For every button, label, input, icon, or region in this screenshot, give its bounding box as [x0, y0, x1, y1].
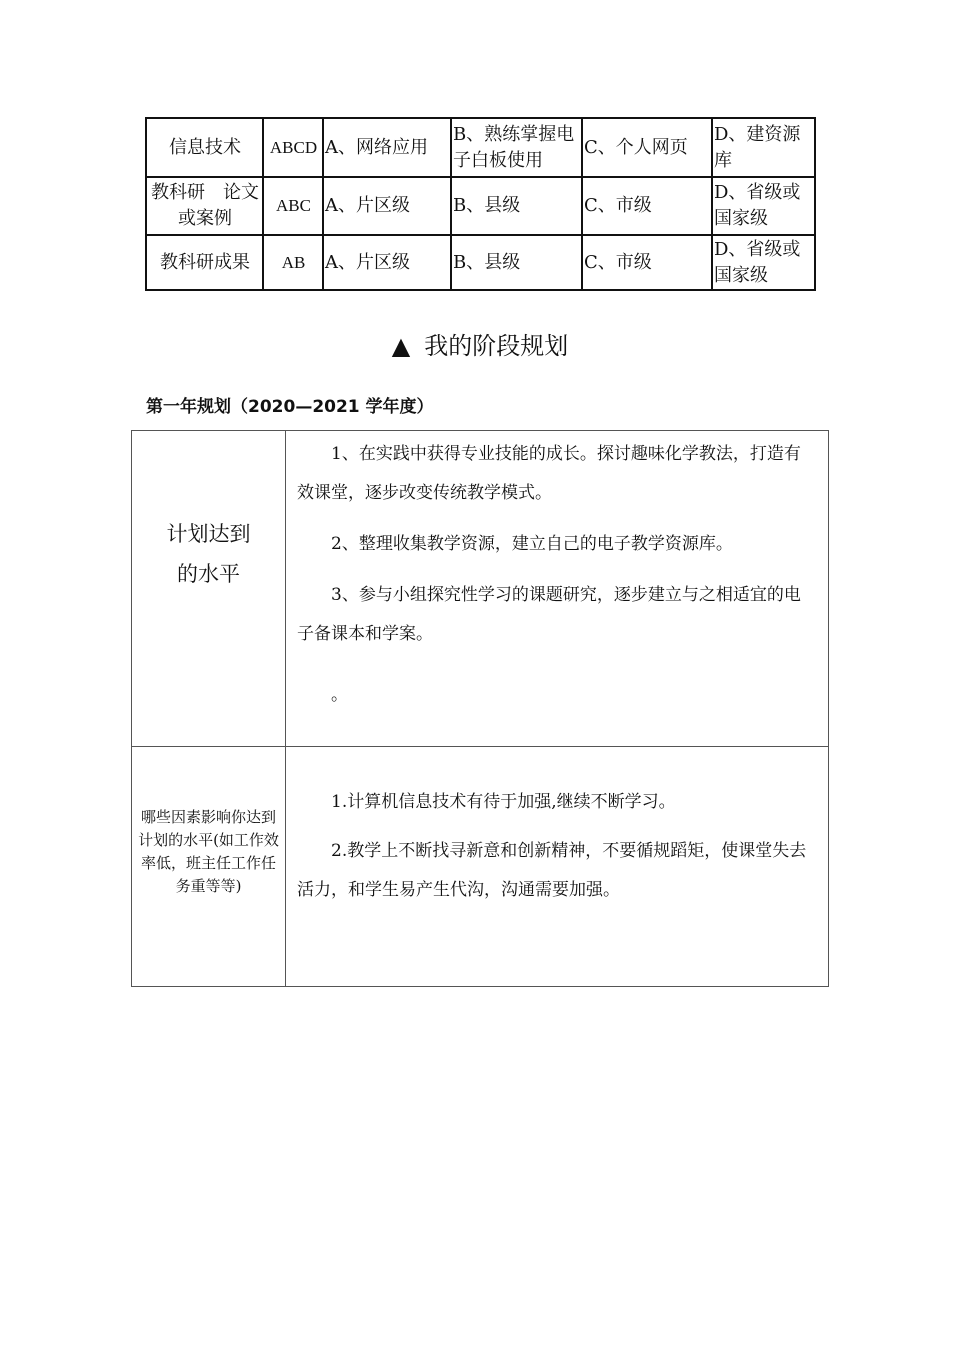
section-heading: ▲我的阶段规划: [0, 326, 960, 361]
plan-level-label-cell: 计划达到 的水平: [132, 431, 286, 747]
level-cell: ABCD: [263, 118, 323, 177]
table-row: 教科研成果 AB A、片区级 B、县级 C、市级 D、省级或国家级: [146, 235, 815, 290]
plan-item: 1、在实践中获得专业技能的成长。探讨趣味化学教法，打造有效课堂，逐步改变传统教学…: [287, 435, 827, 513]
year-plan-table: 计划达到 的水平 1、在实践中获得专业技能的成长。探讨趣味化学教法，打造有效课堂…: [131, 430, 829, 987]
plan-item: 2、整理收集教学资源，建立自己的电子教学资源库。: [287, 525, 827, 564]
factors-content-cell: 1.计算机信息技术有待于加强,继续不断学习。 2.教学上不断找寻新意和创新精神，…: [286, 747, 829, 987]
option-c-cell: C、市级: [582, 235, 712, 290]
level-cell: AB: [263, 235, 323, 290]
table-row: 教科研 论文或案例 ABC A、片区级 B、县级 C、市级 D、省级或国家级: [146, 177, 815, 235]
option-d-cell: D、建资源库: [712, 118, 815, 177]
option-d-cell: D、省级或国家级: [712, 177, 815, 235]
level-cell: ABC: [263, 177, 323, 235]
table-row: 信息技术 ABCD A、网络应用 B、熟练掌握电子白板使用 C、个人网页 D、建…: [146, 118, 815, 177]
professional-options-table: 信息技术 ABCD A、网络应用 B、熟练掌握电子白板使用 C、个人网页 D、建…: [145, 117, 816, 291]
category-cell: 信息技术: [146, 118, 263, 177]
category-cell: 教科研 论文或案例: [146, 177, 263, 235]
option-b-cell: B、县级: [451, 235, 582, 290]
plan-level-content-cell: 1、在实践中获得专业技能的成长。探讨趣味化学教法，打造有效课堂，逐步改变传统教学…: [286, 431, 829, 747]
option-a-cell: A、网络应用: [323, 118, 451, 177]
option-b-cell: B、熟练掌握电子白板使用: [451, 118, 582, 177]
table-row: 计划达到 的水平 1、在实践中获得专业技能的成长。探讨趣味化学教法，打造有效课堂…: [132, 431, 829, 747]
factor-item: 2.教学上不断找寻新意和创新精神，不要循规蹈矩，使课堂失去活力，和学生易产生代沟…: [287, 832, 827, 910]
label-line: 计划达到: [133, 514, 284, 554]
category-cell: 教科研成果: [146, 235, 263, 290]
table-row: 哪些因素影响你达到计划的水平(如工作效率低，班主任工作任务重等等) 1.计算机信…: [132, 747, 829, 987]
year-plan-title: 第一年规划（2020—2021 学年度）: [146, 392, 434, 417]
factors-label: 哪些因素影响你达到计划的水平(如工作效率低，班主任工作任务重等等): [133, 806, 284, 898]
triangle-icon: ▲: [392, 332, 410, 360]
section-title-text: 我的阶段规划: [424, 332, 568, 360]
option-a-cell: A、片区级: [323, 177, 451, 235]
label-line: 的水平: [133, 554, 284, 594]
option-a-cell: A、片区级: [323, 235, 451, 290]
option-c-cell: C、市级: [582, 177, 712, 235]
option-c-cell: C、个人网页: [582, 118, 712, 177]
plan-item: 3、参与小组探究性学习的课题研究，逐步建立与之相适宜的电子备课本和学案。: [287, 576, 827, 654]
factor-item: 1.计算机信息技术有待于加强,继续不断学习。: [287, 783, 827, 822]
plan-item: 。: [287, 676, 827, 715]
option-d-cell: D、省级或国家级: [712, 235, 815, 290]
option-b-cell: B、县级: [451, 177, 582, 235]
factors-label-cell: 哪些因素影响你达到计划的水平(如工作效率低，班主任工作任务重等等): [132, 747, 286, 987]
